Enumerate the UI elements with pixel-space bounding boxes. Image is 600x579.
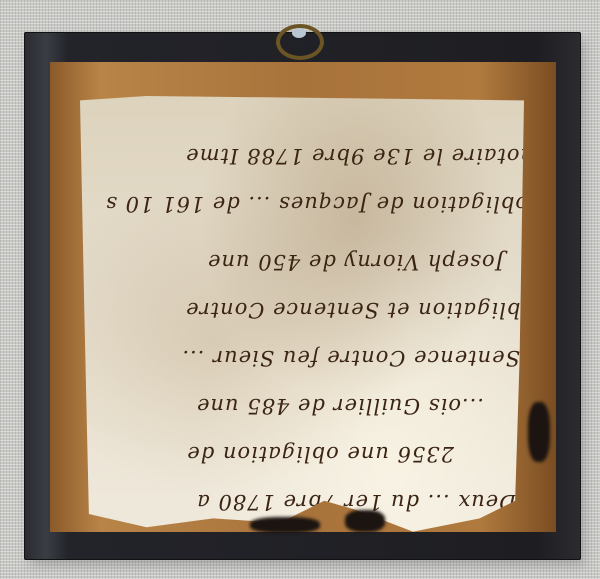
burn-damage bbox=[345, 510, 385, 532]
picture-frame: Deux ... du 1er 7bre 1780 a 2356 une obl… bbox=[24, 32, 581, 560]
burn-damage bbox=[250, 517, 320, 533]
hanging-pin bbox=[292, 28, 306, 38]
text-line: Joseph Viorny de 450 une bbox=[207, 250, 504, 274]
text-line: obligation et Sentence Contre bbox=[185, 298, 534, 322]
manuscript-paper: Deux ... du 1er 7bre 1780 a 2356 une obl… bbox=[80, 96, 524, 536]
text-line: 2356 une obligation de bbox=[186, 442, 454, 466]
text-line: notaire le 13e 9bre 1788 Itme bbox=[185, 144, 534, 168]
handwritten-text: Deux ... du 1er 7bre 1780 a 2356 une obl… bbox=[80, 96, 524, 536]
wood-backing: Deux ... du 1er 7bre 1780 a 2356 une obl… bbox=[50, 62, 556, 532]
burn-damage bbox=[528, 402, 550, 462]
text-line: ...ois Guillier de 485 une bbox=[196, 394, 484, 418]
text-line: obligation de Jacques ... de 161 10 s bbox=[105, 192, 528, 216]
text-line: Sentence Contre feu Sieur ... bbox=[181, 346, 520, 370]
